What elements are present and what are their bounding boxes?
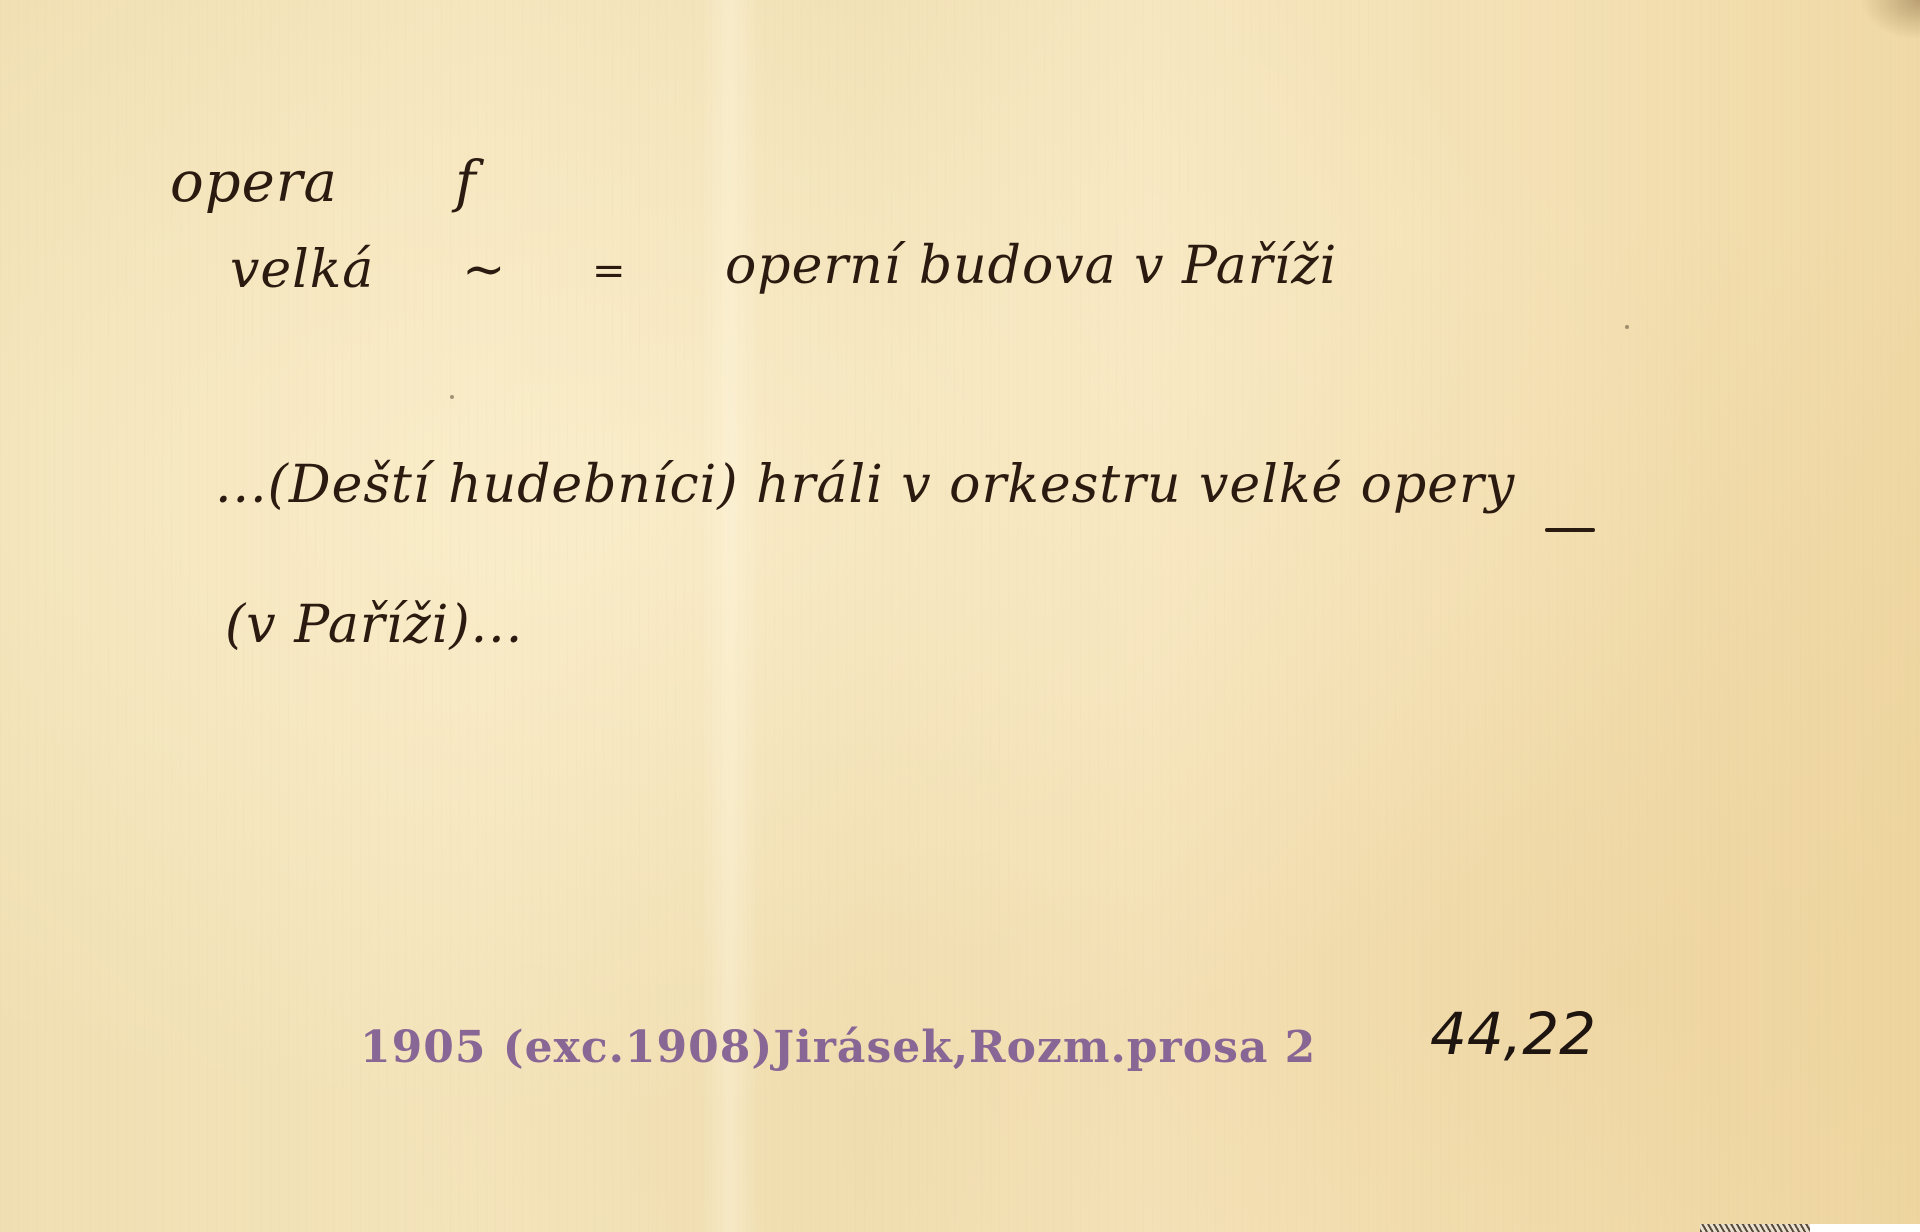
definition: operní budova v Paříži bbox=[725, 236, 1337, 296]
tilde-mark: ~ bbox=[462, 240, 507, 300]
underline-mark bbox=[1545, 528, 1595, 532]
page-reference: 44,22 bbox=[1430, 1000, 1596, 1068]
corner-shadow bbox=[1860, 0, 1920, 40]
gender-marker: f bbox=[455, 150, 477, 215]
index-card: opera f velká ~ = operní budova v Paříži… bbox=[0, 0, 1920, 1232]
ink-speck bbox=[1625, 325, 1629, 329]
source-stamp: 1905 (exc.1908)Jirásek,Rozm.prosa 2 bbox=[360, 1022, 1316, 1073]
equals-mark: = bbox=[592, 248, 627, 294]
citation-line-1: ...(Deští hudebníci) hráli v orkestru ve… bbox=[215, 455, 1515, 515]
scan-edge bbox=[1700, 1224, 1920, 1232]
scan-edge-hatch bbox=[1700, 1224, 1810, 1232]
phrase-modifier: velká bbox=[230, 240, 374, 300]
citation-line-2: (v Paříži)... bbox=[225, 595, 523, 655]
headword: opera bbox=[170, 150, 338, 215]
ink-speck bbox=[450, 395, 454, 399]
